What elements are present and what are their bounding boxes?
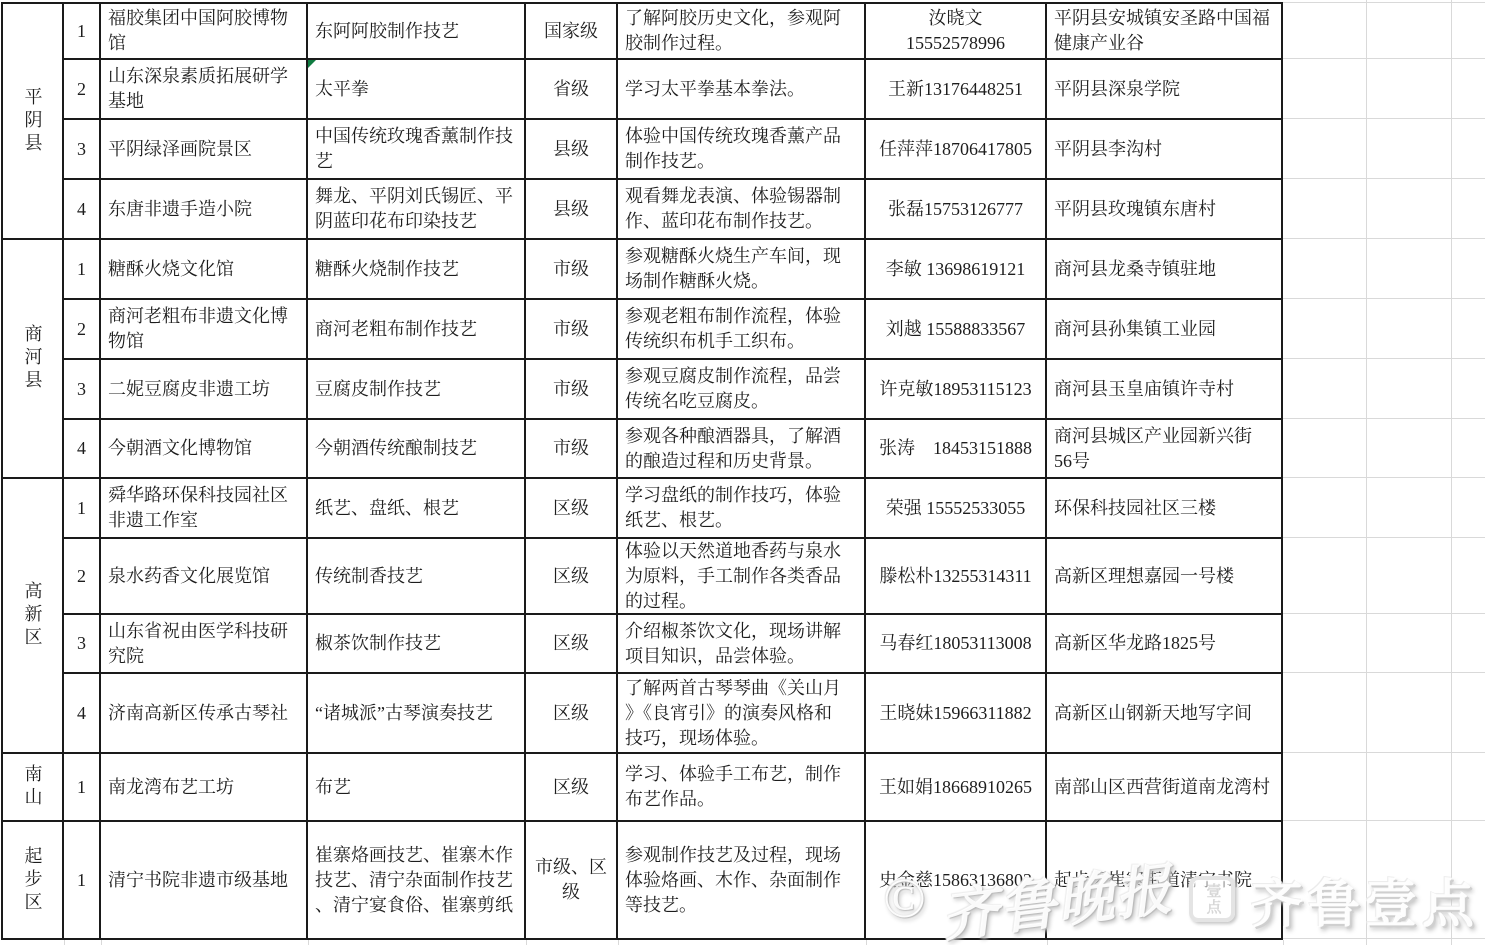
text-line: 非遗工作室: [108, 508, 300, 533]
spreadsheet-gridline: [1283, 477, 1485, 478]
text-line: 崔寨烙画技艺、崔寨木作: [315, 843, 518, 868]
text-line: 参观老粗布制作流程，体验: [625, 304, 858, 329]
address-cell[interactable]: 平阴县安城镇安圣路中国福健康产业谷: [1047, 4, 1283, 60]
craft-cell[interactable]: “诸城派”古琴演奏技艺: [308, 674, 526, 754]
text-line: 今朝酒传统酿制技艺: [315, 436, 518, 461]
text-line: 的酿造过程和历史背景。: [625, 449, 858, 474]
text-line: 学习盘纸的制作技巧，体验: [625, 483, 858, 508]
text-line: 参观糖酥火烧生产车间，现: [625, 244, 858, 269]
spreadsheet-gridline: [1283, 752, 1485, 753]
row-number-cell[interactable]: 4: [64, 420, 101, 479]
text-line: 传统织布机手工织布。: [625, 329, 858, 354]
text-line: 高新区华龙路1825号: [1054, 631, 1275, 656]
row-number: 1: [77, 257, 86, 282]
heritage-base-table: 平阴县 1 福胶集团中国阿胶博物馆 东阿阿胶制作技艺 国家级 了解阿胶历史文化，…: [1, 2, 1283, 940]
contact-phone: 15552578996: [906, 31, 1005, 56]
text-line: 体验中国传统玫瑰香薰产品: [625, 124, 858, 149]
contact-line: 荣强 15552533055: [886, 496, 1026, 521]
spreadsheet-screenshot: 平阴县 1 福胶集团中国阿胶博物馆 东阿阿胶制作技艺 国家级 了解阿胶历史文化，…: [0, 0, 1485, 945]
craft-cell[interactable]: 东阿阿胶制作技艺: [308, 4, 526, 60]
craft-cell[interactable]: 传统制香技艺: [308, 539, 526, 615]
craft-cell[interactable]: 豆腐皮制作技艺: [308, 360, 526, 420]
text-line: 技艺、清宁杂面制作技艺: [315, 868, 518, 893]
text-line: 区级: [553, 631, 589, 656]
address-cell[interactable]: 商河县玉皇庙镇许寺村: [1047, 360, 1283, 420]
district-label: 起步区: [24, 846, 42, 915]
contact-line: 史金慈15863136803: [879, 868, 1032, 893]
spreadsheet-gridline: [1283, 938, 1485, 939]
description-cell[interactable]: 学习、体验手工布艺，制作布艺作品。: [618, 754, 866, 822]
craft-cell[interactable]: 商河老粗布制作技艺: [308, 300, 526, 360]
base-name-cell[interactable]: 山东深泉素质拓展研学基地: [101, 60, 308, 120]
text-line: 纸艺、盘纸、根艺: [315, 496, 518, 521]
text-line: 太平拳: [315, 77, 518, 102]
spreadsheet-gridline: [1283, 178, 1485, 179]
row-number: 1: [77, 19, 86, 44]
row-number-cell[interactable]: 2: [64, 60, 101, 120]
text-line: 为原料，手工制作各类香品: [625, 564, 858, 589]
address-cell[interactable]: 高新区华龙路1825号: [1047, 615, 1283, 674]
text-line: 糖酥火烧文化馆: [108, 257, 300, 282]
craft-cell[interactable]: 太平拳: [308, 60, 526, 120]
text-line: 阴蓝印花布印染技艺: [315, 209, 518, 234]
spreadsheet-gridline: [1451, 0, 1452, 945]
excel-flag-triangle-icon: [308, 60, 316, 68]
text-line: 二妮豆腐皮非遗工坊: [108, 377, 300, 402]
spreadsheet-gridline: [618, 940, 619, 945]
text-line: 环保科技园社区三楼: [1054, 496, 1275, 521]
text-line: 起步区崔寨街道清宁书院: [1054, 868, 1275, 893]
text-line: 舞龙、平阴刘氏锡匠、平: [315, 184, 518, 209]
text-line: 学习、体验手工布艺，制作: [625, 762, 858, 787]
contact-cell[interactable]: 史金慈15863136803: [866, 822, 1047, 940]
craft-cell[interactable]: 糖酥火烧制作技艺: [308, 240, 526, 300]
text-line: 商河老粗布制作技艺: [315, 317, 518, 342]
text-line: 山东深泉素质拓展研学: [108, 64, 300, 89]
text-line: 平阴县深泉学院: [1054, 77, 1275, 102]
craft-cell[interactable]: 椒茶饮制作技艺: [308, 615, 526, 674]
spreadsheet-gridline: [1283, 58, 1485, 59]
row-number: 3: [77, 137, 86, 162]
base-name-cell[interactable]: 二妮豆腐皮非遗工坊: [101, 360, 308, 420]
text-line: 南部山区西营街道南龙湾村: [1054, 775, 1275, 800]
contact-line: 刘越 15588833567: [886, 317, 1026, 342]
address-cell[interactable]: 高新区理想嘉园一号楼: [1047, 539, 1283, 615]
spreadsheet-gridline: [1283, 118, 1485, 119]
spreadsheet-gridline: [1283, 238, 1485, 239]
text-line: 平阴县玫瑰镇东唐村: [1054, 197, 1275, 222]
district-label: 商河县: [24, 324, 42, 393]
spreadsheet-gridline: [1283, 2, 1485, 3]
text-line: 观看舞龙表演、体验锡器制: [625, 184, 858, 209]
text-line: 市级、区: [535, 855, 607, 880]
contact-cell[interactable]: 张涛 18453151888: [866, 420, 1047, 479]
row-number: 2: [77, 317, 86, 342]
text-line: 市级: [553, 436, 589, 461]
text-line: 高新区理想嘉园一号楼: [1054, 564, 1275, 589]
text-line: 》《良宵引》的演奏风格和: [625, 701, 858, 726]
contact-cell[interactable]: 汝晓文15552578996: [866, 4, 1047, 60]
text-line: 区级: [553, 564, 589, 589]
level-cell[interactable]: 区级: [526, 539, 618, 615]
contact-line: 张磊15753126777: [888, 197, 1023, 222]
base-name-cell[interactable]: 济南高新区传承古琴社: [101, 674, 308, 754]
text-line: 56号: [1054, 449, 1275, 474]
spreadsheet-gridline: [526, 940, 527, 945]
row-number-cell[interactable]: 1: [64, 240, 101, 300]
row-number: 4: [77, 436, 86, 461]
text-line: 市级: [553, 377, 589, 402]
base-name-cell[interactable]: 福胶集团中国阿胶博物馆: [101, 4, 308, 60]
text-line: 糖酥火烧制作技艺: [315, 257, 518, 282]
address-cell[interactable]: 南部山区西营街道南龙湾村: [1047, 754, 1283, 822]
spreadsheet-gridline: [1283, 298, 1485, 299]
contact-line: 王如娟18668910265: [879, 775, 1032, 800]
row-number-cell[interactable]: 3: [64, 615, 101, 674]
level-cell[interactable]: 省级: [526, 60, 618, 120]
description-cell[interactable]: 观看舞龙表演、体验锡器制作、蓝印花布制作技艺。: [618, 180, 866, 240]
contact-cell[interactable]: 许克敏18953115123: [866, 360, 1047, 420]
address-cell[interactable]: 高新区山钢新天地写字间: [1047, 674, 1283, 754]
level-cell[interactable]: 国家级: [526, 4, 618, 60]
text-line: 技巧，现场体验。: [625, 726, 858, 751]
level-cell[interactable]: 市级: [526, 240, 618, 300]
text-line: 高新区山钢新天地写字间: [1054, 701, 1275, 726]
base-name-cell[interactable]: 今朝酒文化博物馆: [101, 420, 308, 479]
spreadsheet-gridline: [1047, 940, 1048, 945]
spreadsheet-gridline: [64, 940, 65, 945]
level-cell[interactable]: 市级、区级: [526, 822, 618, 940]
contact-cell[interactable]: 刘越 15588833567: [866, 300, 1047, 360]
contact-cell[interactable]: 李敏 13698619121: [866, 240, 1047, 300]
row-number: 2: [77, 564, 86, 589]
level-cell[interactable]: 区级: [526, 479, 618, 539]
text-line: 传统制香技艺: [315, 564, 518, 589]
text-line: 介绍椒茶饮文化，现场讲解: [625, 619, 858, 644]
district-cell-shanghe[interactable]: 商河县: [3, 240, 64, 479]
contact-line: 任萍萍18706417805: [879, 137, 1032, 162]
level-cell[interactable]: 市级: [526, 420, 618, 479]
contact-line: 王晓妹15966311882: [879, 701, 1031, 726]
base-name-cell[interactable]: 东唐非遗手造小院: [101, 180, 308, 240]
text-line: 级: [562, 880, 580, 905]
row-number: 1: [77, 868, 86, 893]
row-number-cell[interactable]: 1: [64, 754, 101, 822]
base-name-cell[interactable]: 商河老粗布非遗文化博物馆: [101, 300, 308, 360]
text-line: 南龙湾布艺工坊: [108, 775, 300, 800]
text-line: 山东省祝由医学科技研: [108, 619, 300, 644]
description-cell[interactable]: 了解阿胶历史文化，参观阿胶制作过程。: [618, 4, 866, 60]
level-cell[interactable]: 市级: [526, 300, 618, 360]
text-line: 基地: [108, 89, 300, 114]
craft-cell[interactable]: 舞龙、平阴刘氏锡匠、平阴蓝印花布印染技艺: [308, 180, 526, 240]
description-cell[interactable]: 参观老粗布制作流程，体验传统织布机手工织布。: [618, 300, 866, 360]
description-cell[interactable]: 学习太平拳基本拳法。: [618, 60, 866, 120]
text-line: 福胶集团中国阿胶博物: [108, 6, 300, 31]
row-number-cell[interactable]: 2: [64, 539, 101, 615]
address-cell[interactable]: 平阴县玫瑰镇东唐村: [1047, 180, 1283, 240]
level-cell[interactable]: 县级: [526, 180, 618, 240]
craft-cell[interactable]: 崔寨烙画技艺、崔寨木作技艺、清宁杂面制作技艺、清宁宴食俗、崔寨剪纸: [308, 822, 526, 940]
text-line: 传统名吃豆腐皮。: [625, 389, 858, 414]
text-line: 究院: [108, 644, 300, 669]
description-cell[interactable]: 了解两首古琴琴曲《关山月》《良宵引》的演奏风格和技巧，现场体验。: [618, 674, 866, 754]
text-line: 健康产业谷: [1054, 31, 1275, 56]
description-cell[interactable]: 介绍椒茶饮文化，现场讲解项目知识，品尝体验。: [618, 615, 866, 674]
spreadsheet-gridline: [101, 940, 102, 945]
text-line: 省级: [553, 77, 589, 102]
spreadsheet-gridline: [1283, 613, 1485, 614]
text-line: 场制作糖酥火烧。: [625, 269, 858, 294]
text-line: 商河县玉皇庙镇许寺村: [1054, 377, 1275, 402]
text-line: 中国传统玫瑰香薰制作技: [315, 124, 518, 149]
district-label: 平阴县: [24, 87, 42, 156]
contact-cell[interactable]: 荣强 15552533055: [866, 479, 1047, 539]
text-line: 平阴县李沟村: [1054, 137, 1275, 162]
text-line: 、清宁宴食俗、崔寨剪纸: [315, 893, 518, 918]
contact-line: 许克敏18953115123: [879, 377, 1031, 402]
text-line: 参观豆腐皮制作流程，品尝: [625, 364, 858, 389]
description-cell[interactable]: 体验中国传统玫瑰香薰产品制作技艺。: [618, 120, 866, 180]
text-line: 椒茶饮制作技艺: [315, 631, 518, 656]
text-line: 商河县城区产业园新兴街: [1054, 424, 1275, 449]
text-line: 了解阿胶历史文化，参观阿: [625, 6, 858, 31]
address-cell[interactable]: 平阴县深泉学院: [1047, 60, 1283, 120]
contact-cell[interactable]: 王新13176448251: [866, 60, 1047, 120]
contact-cell[interactable]: 滕松朴13255314311: [866, 539, 1047, 615]
row-number-cell[interactable]: 1: [64, 822, 101, 940]
base-name-cell[interactable]: 糖酥火烧文化馆: [101, 240, 308, 300]
text-line: 参观各种酿酒器具，了解酒: [625, 424, 858, 449]
craft-cell[interactable]: 布艺: [308, 754, 526, 822]
base-name-cell[interactable]: 山东省祝由医学科技研究院: [101, 615, 308, 674]
address-cell[interactable]: 环保科技园社区三楼: [1047, 479, 1283, 539]
district-cell-gaoxin[interactable]: 高新区: [3, 479, 64, 754]
contact-cell[interactable]: 马春红18053113008: [866, 615, 1047, 674]
contact-line: 王新13176448251: [888, 77, 1023, 102]
craft-cell[interactable]: 今朝酒传统酿制技艺: [308, 420, 526, 479]
text-line: 区级: [553, 775, 589, 800]
text-line: 体验以天然道地香药与泉水: [625, 539, 858, 564]
level-cell[interactable]: 县级: [526, 120, 618, 180]
text-line: 了解两首古琴琴曲《关山月: [625, 676, 858, 701]
description-cell[interactable]: 参观豆腐皮制作流程，品尝传统名吃豆腐皮。: [618, 360, 866, 420]
contact-name: 汝晓文: [929, 6, 983, 31]
text-line: 今朝酒文化博物馆: [108, 436, 300, 461]
row-number-cell[interactable]: 4: [64, 180, 101, 240]
text-line: 馆: [108, 31, 300, 56]
district-label: 南山: [24, 764, 42, 810]
description-cell[interactable]: 参观各种酿酒器具，了解酒的酿造过程和历史背景。: [618, 420, 866, 479]
text-line: 东阿阿胶制作技艺: [315, 19, 518, 44]
row-number-cell[interactable]: 1: [64, 479, 101, 539]
base-name-cell[interactable]: 清宁书院非遗市级基地: [101, 822, 308, 940]
text-line: 作、蓝印花布制作技艺。: [625, 209, 858, 234]
spreadsheet-gridline: [866, 940, 867, 945]
text-line: 区级: [553, 496, 589, 521]
address-cell[interactable]: 平阴县李沟村: [1047, 120, 1283, 180]
row-number: 2: [77, 77, 86, 102]
text-line: 布艺: [315, 775, 518, 800]
text-line: 商河老粗布非遗文化博: [108, 304, 300, 329]
text-line: 区级: [553, 701, 589, 726]
text-line: 项目知识，品尝体验。: [625, 644, 858, 669]
spreadsheet-gridline: [1283, 940, 1284, 945]
text-line: 济南高新区传承古琴社: [108, 701, 300, 726]
district-cell-qibu[interactable]: 起步区: [3, 822, 64, 940]
address-cell[interactable]: 商河县孙集镇工业园: [1047, 300, 1283, 360]
text-line: 等技艺。: [625, 893, 858, 918]
district-label: 高新区: [24, 581, 42, 650]
text-line: 纸艺、根艺。: [625, 508, 858, 533]
description-cell[interactable]: 学习盘纸的制作技巧，体验纸艺、根艺。: [618, 479, 866, 539]
text-line: 物馆: [108, 329, 300, 354]
level-cell[interactable]: 区级: [526, 615, 618, 674]
address-cell[interactable]: 起步区崔寨街道清宁书院: [1047, 822, 1283, 940]
description-cell[interactable]: 参观糖酥火烧生产车间，现场制作糖酥火烧。: [618, 240, 866, 300]
text-line: 的过程。: [625, 589, 858, 614]
craft-cell[interactable]: 纸艺、盘纸、根艺: [308, 479, 526, 539]
text-line: 豆腐皮制作技艺: [315, 377, 518, 402]
district-cell-pingyin[interactable]: 平阴县: [3, 4, 64, 240]
row-number: 3: [77, 377, 86, 402]
base-name-cell[interactable]: 平阴绿泽画院景区: [101, 120, 308, 180]
contact-line: 滕松朴13255314311: [879, 564, 1031, 589]
text-line: 市级: [553, 257, 589, 282]
spreadsheet-gridline: [1283, 358, 1485, 359]
spreadsheet-gridline: [1283, 820, 1485, 821]
spreadsheet-gridline: [308, 940, 309, 945]
description-cell[interactable]: 参观制作技艺及过程，现场体验烙画、木作、杂面制作等技艺。: [618, 822, 866, 940]
text-line: 商河县龙桑寺镇驻地: [1054, 257, 1275, 282]
contact-line: 张涛 18453151888: [879, 436, 1032, 461]
row-number-cell[interactable]: 1: [64, 4, 101, 60]
text-line: 清宁书院非遗市级基地: [108, 868, 300, 893]
text-line: 国家级: [544, 19, 598, 44]
level-cell[interactable]: 区级: [526, 674, 618, 754]
base-name-cell[interactable]: 舜华路环保科技园社区非遗工作室: [101, 479, 308, 539]
text-line: 县级: [553, 197, 589, 222]
text-line: “诸城派”古琴演奏技艺: [315, 701, 518, 726]
address-cell[interactable]: 商河县龙桑寺镇驻地: [1047, 240, 1283, 300]
spreadsheet-gridline: [1366, 0, 1367, 945]
spreadsheet-gridline: [1283, 537, 1485, 538]
district-cell-nanshan[interactable]: 南山: [3, 754, 64, 822]
text-line: 制作技艺。: [625, 149, 858, 174]
level-cell[interactable]: 市级: [526, 360, 618, 420]
craft-cell[interactable]: 中国传统玫瑰香薰制作技艺: [308, 120, 526, 180]
base-name-cell[interactable]: 南龙湾布艺工坊: [101, 754, 308, 822]
row-number-cell[interactable]: 2: [64, 300, 101, 360]
text-line: 市级: [553, 317, 589, 342]
contact-cell[interactable]: 张磊15753126777: [866, 180, 1047, 240]
text-line: 参观制作技艺及过程，现场: [625, 843, 858, 868]
base-name-cell[interactable]: 泉水药香文化展览馆: [101, 539, 308, 615]
row-number: 4: [77, 701, 86, 726]
text-line: 舜华路环保科技园社区: [108, 483, 300, 508]
row-number-cell[interactable]: 4: [64, 674, 101, 754]
level-cell[interactable]: 区级: [526, 754, 618, 822]
text-line: 平阴绿泽画院景区: [108, 137, 300, 162]
contact-cell[interactable]: 任萍萍18706417805: [866, 120, 1047, 180]
contact-line: 李敏 13698619121: [886, 257, 1026, 282]
text-line: 胶制作过程。: [625, 31, 858, 56]
contact-line: 马春红18053113008: [879, 631, 1031, 656]
qilu-yidian-brand-text: 齐鲁壹点: [1251, 862, 1479, 937]
spreadsheet-gridline: [1283, 672, 1485, 673]
text-line: 艺: [315, 149, 518, 174]
row-number: 4: [77, 197, 86, 222]
text-line: 体验烙画、木作、杂面制作: [625, 868, 858, 893]
text-line: 泉水药香文化展览馆: [108, 564, 300, 589]
text-line: 布艺作品。: [625, 787, 858, 812]
row-number: 1: [77, 496, 86, 521]
text-line: 商河县孙集镇工业园: [1054, 317, 1275, 342]
row-number: 3: [77, 631, 86, 656]
row-number: 1: [77, 775, 86, 800]
row-number-cell[interactable]: 3: [64, 360, 101, 420]
text-line: 平阴县安城镇安圣路中国福: [1054, 6, 1275, 31]
address-cell[interactable]: 商河县城区产业园新兴街56号: [1047, 420, 1283, 479]
contact-cell[interactable]: 王如娟18668910265: [866, 754, 1047, 822]
description-cell[interactable]: 体验以天然道地香药与泉水为原料，手工制作各类香品的过程。: [618, 539, 866, 615]
row-number-cell[interactable]: 3: [64, 120, 101, 180]
text-line: 县级: [553, 137, 589, 162]
text-line: 东唐非遗手造小院: [108, 197, 300, 222]
spreadsheet-gridline: [1283, 418, 1485, 419]
contact-cell[interactable]: 王晓妹15966311882: [866, 674, 1047, 754]
text-line: 学习太平拳基本拳法。: [625, 77, 858, 102]
